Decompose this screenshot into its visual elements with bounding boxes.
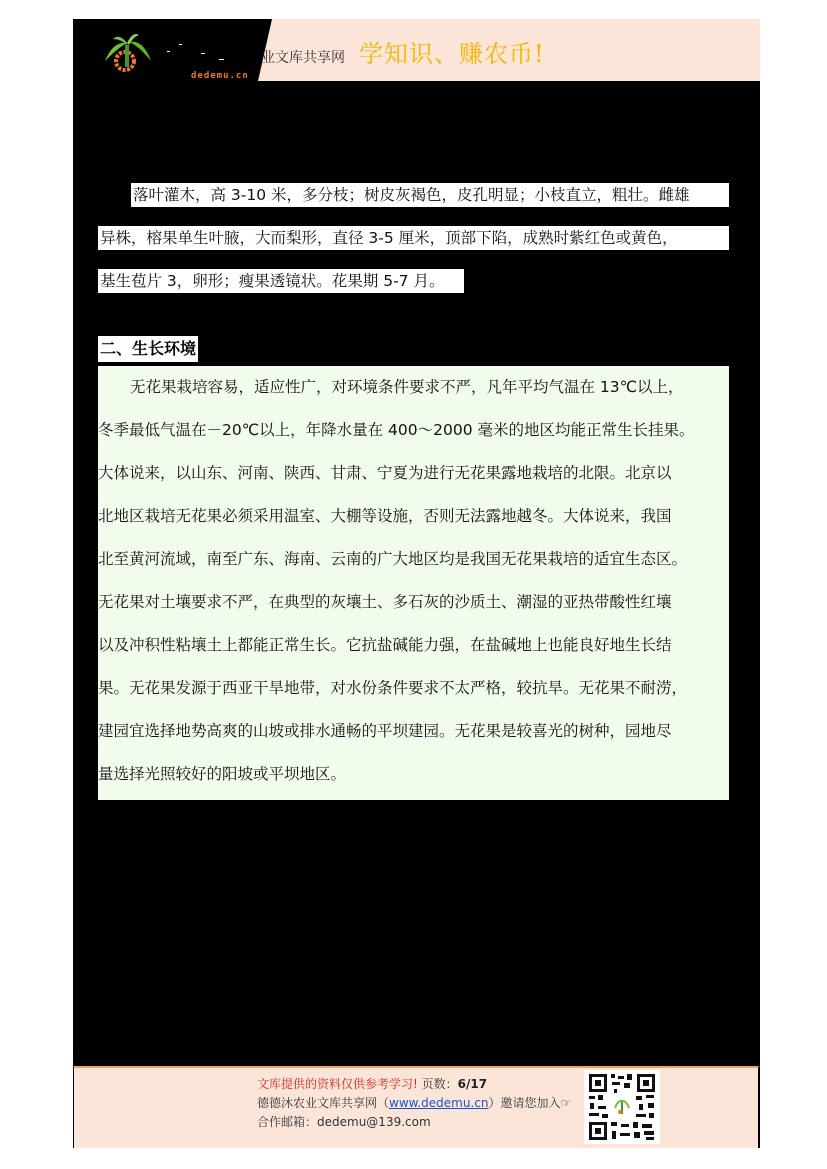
site-invite-suffix: ）邀请您加入☞ [488, 1096, 571, 1110]
footer-info: 文库提供的资料仅供参考学习! 页数：6/17 德德沐农业文库共享网（www.de… [257, 1075, 571, 1132]
header-slogan: 学知识、赚农币! [359, 34, 545, 69]
paragraph-line: 大体说来，以山东、河南、陕西、甘肃、宁夏为进行无花果露地栽培的北限。北京以 [98, 461, 672, 485]
growth-environment-paragraph: 无花果栽培容易，适应性广，对环境条件要求不严，凡年平均气温在 13℃以上， 冬季… [98, 366, 729, 800]
page-footer: 文库提供的资料仅供参考学习! 页数：6/17 德德沐农业文库共享网（www.de… [73, 1066, 759, 1148]
page-count: 6/17 [458, 1077, 487, 1091]
paragraph-line: 量选择光照较好的阳坡或平坝地区。 [98, 762, 346, 786]
paragraph-line: 无花果栽培容易，适应性广，对环境条件要求不严，凡年平均气温在 13℃以上， [130, 375, 684, 399]
palm-logo-icon [103, 31, 253, 73]
email-label: 合作邮箱： [257, 1115, 317, 1129]
site-logo[interactable]: dedemu.cn [103, 31, 253, 73]
logo-text: dedemu.cn [191, 71, 249, 81]
paragraph-line: 冬季最低气温在－20℃以上，年降水量在 400～2000 毫米的地区均能正常生长… [98, 418, 695, 442]
site-link[interactable]: www.dedemu.cn [389, 1096, 488, 1110]
section-heading: 二、生长环境 [98, 336, 198, 362]
paragraph-line: 果。无花果发源于西亚干旱地带，对水份条件要求不太严格，较抗旱。无花果不耐涝， [98, 676, 687, 700]
paragraph-line: 基生苞片 3，卵形；瘦果透镜状。花果期 5-7 月。 [98, 269, 464, 293]
qr-code-icon [584, 1070, 660, 1144]
paragraph-line: 异株，榕果单生叶腋，大而梨形，直径 3-5 厘米，顶部下陷，成熟时紫红色或黄色， [98, 226, 729, 250]
paragraph-line: 无花果对土壤要求不严，在典型的灰壤土、多石灰的沙质土、潮湿的亚热带酸性红壤 [98, 590, 672, 614]
page-header: dedemu.cn 业文库共享网 学知识、赚农币! [73, 19, 760, 81]
page-count-label: 页数： [422, 1077, 458, 1091]
paragraph-line: 建园宜选择地势高爽的山坡或排水通畅的平坝建园。无花果是较喜光的树种，园地尽 [98, 719, 672, 743]
document-page: dedemu.cn 业文库共享网 学知识、赚农币! 落叶灌木，高 3-10 米，… [73, 19, 760, 1148]
header-site-name: 业文库共享网 [261, 47, 345, 67]
paragraph-line: 北至黄河流域，南至广东、海南、云南的广大地区均是我国无花果栽培的适宜生态区。 [98, 547, 687, 571]
paragraph-line: 以及冲积性粘壤土上都能正常生长。它抗盐碱能力强，在盐碱地上也能良好地生长结 [98, 633, 672, 657]
site-invite-prefix: 德德沐农业文库共享网（ [257, 1096, 389, 1110]
paragraph-line: 北地区栽培无花果必须采用温室、大棚等设施，否则无法露地越冬。大体说来，我国 [98, 504, 672, 528]
footer-notice: 文库提供的资料仅供参考学习! [257, 1077, 418, 1091]
paragraph-line: 落叶灌木，高 3-10 米，多分枝；树皮灰褐色，皮孔明显；小枝直立，粗壮。雌雄 [131, 183, 729, 207]
contact-email[interactable]: dedemu@139.com [317, 1115, 431, 1129]
